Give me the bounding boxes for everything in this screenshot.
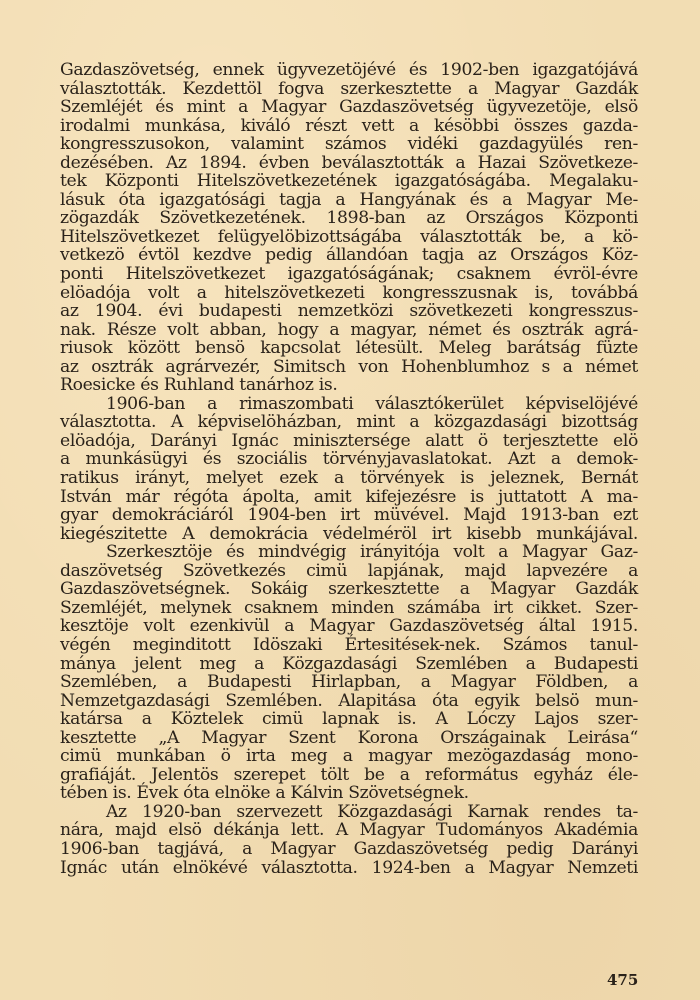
text-line-paragraph-start: Szerkesztöje és mindvégig irányitója vol… — [60, 543, 638, 562]
text-line: dezésében. Az 1894. évben beválasztották… — [60, 154, 638, 173]
text-line-paragraph-end: kiegészitette A demokrácia védelméröl ir… — [60, 525, 638, 544]
text-line: nára, majd elsö dékánja lett. A Magyar T… — [60, 821, 638, 840]
text-line: István már régóta ápolta, amit kifejezés… — [60, 488, 638, 507]
text-line: ponti Hitelszövetkezet igazgatóságának; … — [60, 265, 638, 284]
page-number: 475 — [607, 971, 638, 989]
text-line: grafiáját. Jelentös szerepet tölt be a r… — [60, 766, 638, 785]
text-line-paragraph-end: tében is. Évek óta elnöke a Kálvin Szöve… — [60, 784, 638, 803]
text-line: Hitelszövetkezet felügyelöbizottságába v… — [60, 228, 638, 247]
text-line: választották. Kezdettöl fogva szerkeszte… — [60, 80, 638, 99]
text-line: az osztrák agrárvezér, Simitsch von Hohe… — [60, 358, 638, 377]
text-line: kongresszusokon, valamint számos vidéki … — [60, 135, 638, 154]
text-line: Gazdaszövetségnek. Sokáig szerkesztette … — [60, 580, 638, 599]
text-line-paragraph-end: Roesicke és Ruhland tanárhoz is. — [60, 376, 638, 395]
text-line: Nemzetgazdasági Szemlében. Alapitása óta… — [60, 692, 638, 711]
text-line-paragraph-start: 1906-ban a rimaszombati választókerület … — [60, 395, 638, 414]
text-line: Szemlében, a Budapesti Hirlapban, a Magy… — [60, 673, 638, 692]
text-line: katársa a Köztelek cimü lapnak is. A Lóc… — [60, 710, 638, 729]
text-line: 1906-ban tagjává, a Magyar Gazdaszövetsé… — [60, 840, 638, 859]
text-line: nak. Része volt abban, hogy a magyar, né… — [60, 321, 638, 340]
text-line: kesztöje volt ezenkivül a Magyar Gazdasz… — [60, 617, 638, 636]
text-line: riusok között bensö kapcsolat létesült. … — [60, 339, 638, 358]
text-line: lásuk óta igazgatósági tagja a Hangyának… — [60, 191, 638, 210]
text-line: elöadója volt a hitelszövetkezeti kongre… — [60, 284, 638, 303]
text-line: Ignác után elnökévé választotta. 1924-be… — [60, 859, 638, 878]
text-line-paragraph-start: Az 1920-ban szervezett Közgazdasági Karn… — [60, 803, 638, 822]
text-line: a munkásügyi és szociális törvényjavasla… — [60, 450, 638, 469]
text-line: Szemléjét és mint a Magyar Gazdaszövetsé… — [60, 98, 638, 117]
text-line: Gazdaszövetség, ennek ügyvezetöjévé és 1… — [60, 61, 638, 80]
text-line: elöadója, Darányi Ignác minisztersége al… — [60, 432, 638, 451]
text-line: választotta. A képviselöházban, mint a k… — [60, 413, 638, 432]
text-line: az 1904. évi budapesti nemzetközi szövet… — [60, 302, 638, 321]
text-line: ratikus irányt, melyet ezek a törvények … — [60, 469, 638, 488]
text-line: Szemléjét, melynek csaknem minden számáb… — [60, 599, 638, 618]
text-line: cimü munkában ö irta meg a magyar mezöga… — [60, 747, 638, 766]
text-line: tek Központi Hitelszövetkezetének igazga… — [60, 172, 638, 191]
body-text: Gazdaszövetség, ennek ügyvezetöjévé és 1… — [60, 61, 638, 877]
text-line: zögazdák Szövetkezetének. 1898-ban az Or… — [60, 209, 638, 228]
text-line: gyar demokráciáról 1904-ben irt müvével.… — [60, 506, 638, 525]
scanned-book-page: Gazdaszövetség, ennek ügyvezetöjévé és 1… — [0, 0, 700, 1000]
text-line: vetkezö évtöl kezdve pedig állandóan tag… — [60, 246, 638, 265]
text-line: daszövetség Szövetkezés cimü lapjának, m… — [60, 562, 638, 581]
text-line: végén meginditott Idöszaki Értesitések-n… — [60, 636, 638, 655]
text-line: mánya jelent meg a Közgazdasági Szemlébe… — [60, 655, 638, 674]
text-line: irodalmi munkása, kiváló részt vett a ké… — [60, 117, 638, 136]
text-line: kesztette „A Magyar Szent Korona Országa… — [60, 729, 638, 748]
